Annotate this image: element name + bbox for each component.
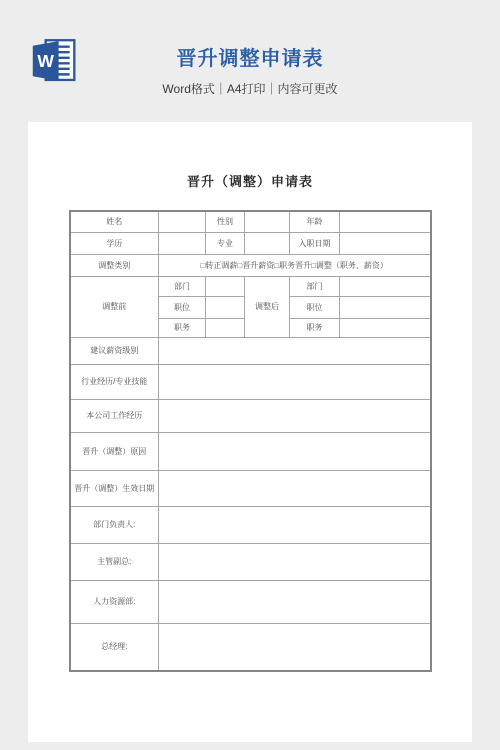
hire-date-input-cell[interactable]: [340, 232, 431, 254]
row-adjustment-category: 调整类别 □转正调薪□晋升薪资□职务晋升□调整（职务、薪资）: [70, 254, 431, 276]
deputy-gm-signature-label: 主管副总:: [70, 543, 159, 580]
gender-input-cell[interactable]: [245, 211, 290, 232]
major-label: 专业: [206, 232, 245, 254]
row-education-major-hiredate: 学历 专业 入职日期: [70, 232, 431, 254]
before-position-label: 职位: [159, 296, 206, 318]
row-dept-head-signature: 部门负责人:: [70, 506, 431, 543]
hr-signature-input-cell[interactable]: [159, 580, 431, 623]
document-page: 晋升（调整）申请表 姓名 性别 年龄 学历 专业 入职日期: [28, 122, 472, 742]
education-label: 学历: [70, 232, 159, 254]
promotion-reason-input-cell[interactable]: [159, 432, 431, 470]
row-promotion-reason: 晋升（调整）原因: [70, 432, 431, 470]
row-gm-signature: 总经理:: [70, 623, 431, 671]
row-hr-signature: 人力资源部:: [70, 580, 431, 623]
before-position-input-cell[interactable]: [206, 296, 245, 318]
company-work-history-input-cell[interactable]: [159, 399, 431, 432]
after-position-label: 职位: [290, 296, 340, 318]
deputy-gm-signature-input-cell[interactable]: [159, 543, 431, 580]
after-duty-input-cell[interactable]: [340, 318, 431, 337]
before-department-label: 部门: [159, 276, 206, 296]
promotion-reason-label: 晋升（调整）原因: [70, 432, 159, 470]
major-input-cell[interactable]: [245, 232, 290, 254]
row-effective-date: 晋升（调整）生效日期: [70, 470, 431, 506]
hr-signature-label: 人力资源部:: [70, 580, 159, 623]
row-name-gender-age: 姓名 性别 年龄: [70, 211, 431, 232]
form-title: 晋升（调整）申请表: [28, 174, 472, 190]
adjustment-category-label: 调整类别: [70, 254, 159, 276]
row-before-after-department: 调整前 部门 调整后 部门: [70, 276, 431, 296]
industry-experience-input-cell[interactable]: [159, 364, 431, 399]
suggested-salary-grade-input-cell[interactable]: [159, 337, 431, 364]
gm-signature-input-cell[interactable]: [159, 623, 431, 671]
age-input-cell[interactable]: [340, 211, 431, 232]
suggested-salary-grade-label: 建议薪资级别: [70, 337, 159, 364]
after-adjustment-label: 调整后: [245, 276, 290, 337]
gender-label: 性别: [206, 211, 245, 232]
after-position-input-cell[interactable]: [340, 296, 431, 318]
hire-date-label: 入职日期: [290, 232, 340, 254]
after-department-label: 部门: [290, 276, 340, 296]
dept-head-signature-label: 部门负责人:: [70, 506, 159, 543]
row-company-work-history: 本公司工作经历: [70, 399, 431, 432]
name-input-cell[interactable]: [159, 211, 206, 232]
after-duty-label: 职务: [290, 318, 340, 337]
gm-signature-label: 总经理:: [70, 623, 159, 671]
word-icon: W: [30, 37, 78, 85]
adjustment-category-options[interactable]: □转正调薪□晋升薪资□职务晋升□调整（职务、薪资）: [159, 254, 431, 276]
age-label: 年龄: [290, 211, 340, 232]
company-work-history-label: 本公司工作经历: [70, 399, 159, 432]
effective-date-input-cell[interactable]: [159, 470, 431, 506]
row-deputy-gm-signature: 主管副总:: [70, 543, 431, 580]
application-form-table: 姓名 性别 年龄 学历 专业 入职日期 调整类别 □转正调薪□晋升薪资□职务晋升…: [69, 210, 432, 672]
before-adjustment-label: 调整前: [70, 276, 159, 337]
before-department-input-cell[interactable]: [206, 276, 245, 296]
header: W 晋升调整申请表 Word格式｜A4打印｜内容可更改: [0, 0, 500, 122]
word-icon-letter: W: [37, 51, 54, 71]
industry-experience-label: 行业经历/专业技能: [70, 364, 159, 399]
row-industry-experience: 行业经历/专业技能: [70, 364, 431, 399]
name-label: 姓名: [70, 211, 159, 232]
effective-date-label: 晋升（调整）生效日期: [70, 470, 159, 506]
before-duty-input-cell[interactable]: [206, 318, 245, 337]
after-department-input-cell[interactable]: [340, 276, 431, 296]
before-duty-label: 职务: [159, 318, 206, 337]
row-suggested-salary-grade: 建议薪资级别: [70, 337, 431, 364]
education-input-cell[interactable]: [159, 232, 206, 254]
dept-head-signature-input-cell[interactable]: [159, 506, 431, 543]
